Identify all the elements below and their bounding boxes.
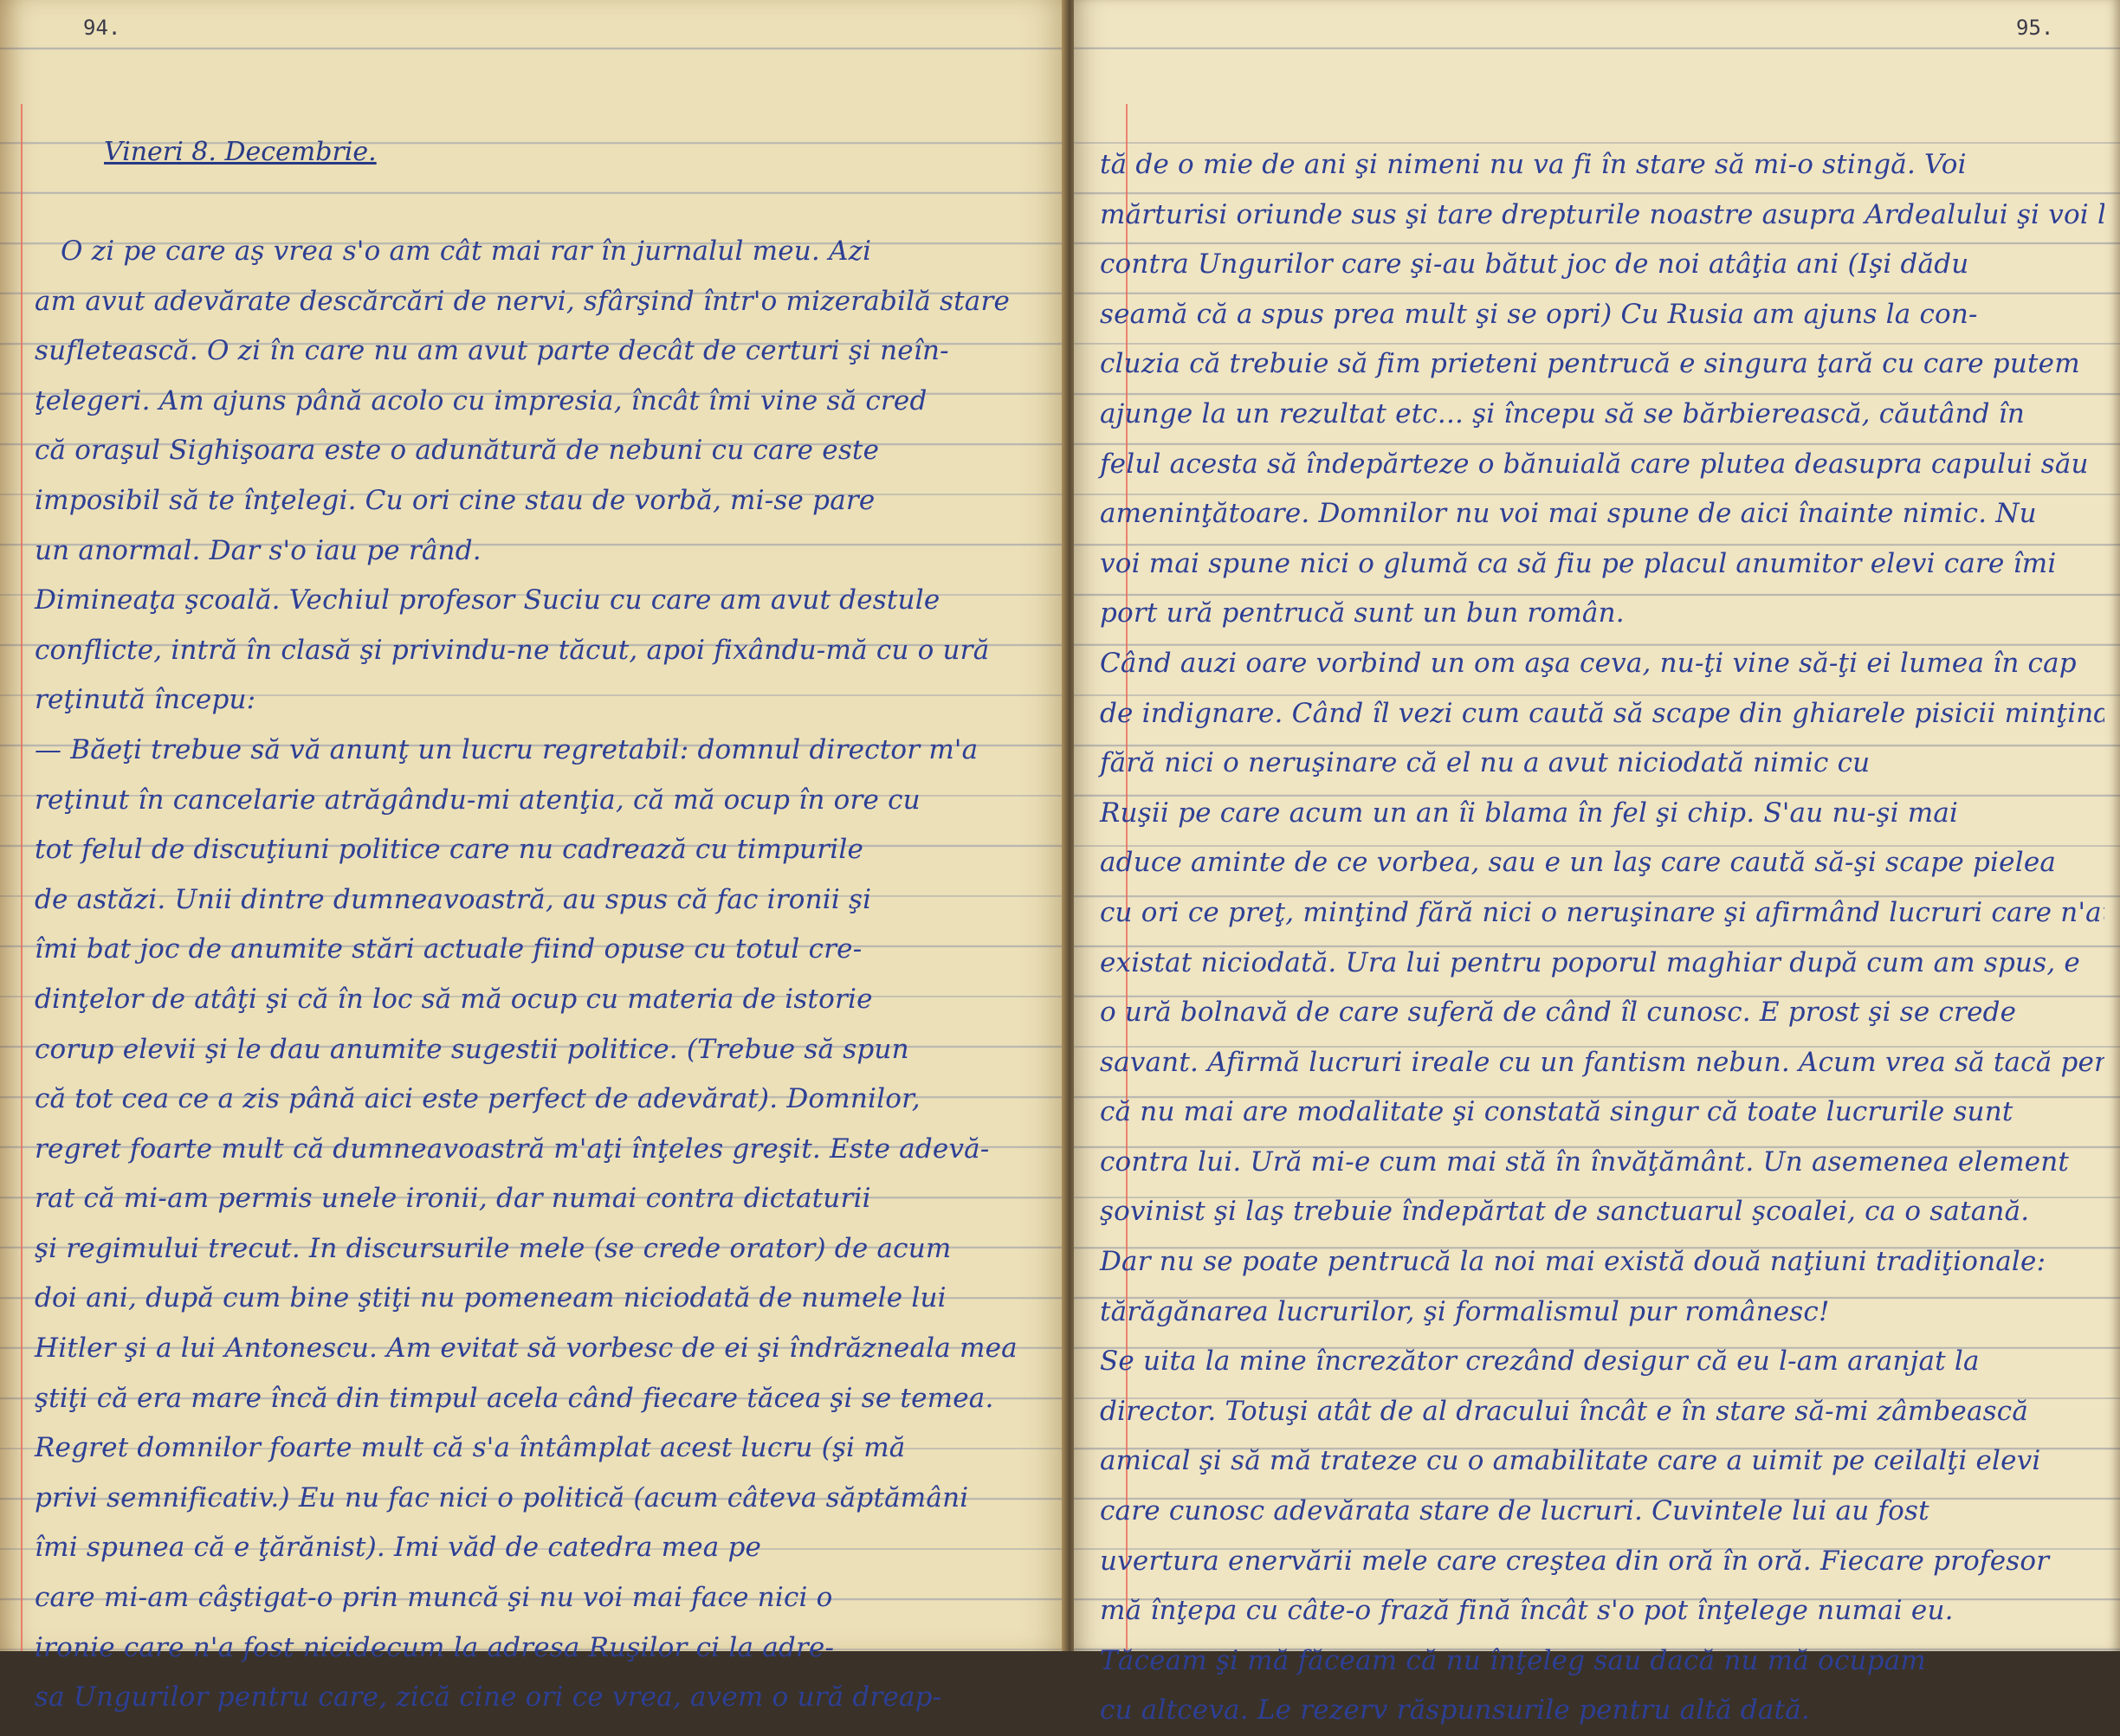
text-line: Se uita la mine încrezător crezând desig… [1074,1337,2104,1387]
text-line: cu ori ce preţ, minţind fără nici o neru… [1074,888,2104,939]
text-line: sufletească. O zi în care nu am avut par… [0,326,1031,377]
text-line: conflicte, intră în clasă şi privindu-ne… [0,626,1031,676]
text-line: dinţelor de atâţi şi că în loc să mă ocu… [0,975,1031,1025]
notebook-spread: 94. Vineri 8. Decembrie. O zi pe care aş… [0,0,2120,1651]
text-line: un anormal. Dar s'o iau pe rând. [0,526,1031,577]
text-line: port ură pentrucă sunt un bun român. [1074,589,2104,639]
text-line: O zi pe care aş vrea s'o am cât mai rar … [0,227,1057,277]
text-line: rat că mi-am permis unele ironii, dar nu… [0,1174,1031,1224]
text-line: savant. Afirmă lucruri ireale cu un fant… [1074,1038,2104,1088]
text-line: mă înţepa cu câte-o frază fină încât s'o… [1074,1586,2104,1636]
right-page-text: tă de o mie de ani şi nimeni nu va fi în… [1074,140,2120,1651]
text-line: privi semnificativ.) Eu nu fac nici o po… [0,1474,1031,1524]
text-line: că nu mai are modalitate şi constată sin… [1074,1087,2104,1138]
text-line: mărturisi oriunde sus şi tare drepturile… [1074,190,2104,241]
text-line: Dar nu se poate pentrucă la noi mai exis… [1074,1237,2104,1287]
text-line: şovinist şi laş trebuie îndepărtat de sa… [1074,1187,2104,1237]
text-line: ironie care n'a fost nicidecum la adresa… [0,1623,1031,1651]
text-line: că oraşul Sighişoara este o adunătură de… [0,426,1031,476]
text-line: şi regimului trecut. In discursurile mel… [0,1224,1031,1275]
text-line: imposibil să te înţelegi. Cu ori cine st… [0,476,1031,526]
text-line: director. Totuşi atât de al dracului înc… [1074,1387,2104,1437]
text-line: regret foarte mult că dumneavoastră m'aţ… [0,1125,1031,1175]
text-line: o ură bolnavă de care suferă de când îl … [1074,988,2104,1038]
text-line: felul acesta să îndepărteze o bănuială c… [1074,440,2104,490]
right-page: 95. tă de o mie de ani şi nimeni nu va f… [1074,0,2120,1651]
text-line: corup elevii şi le dau anumite sugestii … [0,1025,1031,1075]
text-line: reţinut în cancelarie atrăgându-mi atenţ… [0,776,1031,826]
text-line: îmi spunea că e ţărănist). Imi văd de ca… [0,1523,1031,1573]
text-line: contra Ungurilor care şi-au bătut joc de… [1074,240,2104,290]
text-line: Ruşii pe care acum un an îi blama în fel… [1074,789,2104,839]
text-line: tă de o mie de ani şi nimeni nu va fi în… [1074,140,2104,190]
text-line: de astăzi. Unii dintre dumneavoastră, au… [0,875,1031,926]
text-line: existat niciodată. Ura lui pentru poporu… [1074,939,2104,989]
entry-date-heading: Vineri 8. Decembrie. [104,137,377,167]
text-line: doi ani, după cum bine ştiţi nu pomeneam… [0,1274,1031,1324]
text-line: Când auzi oare vorbind un om aşa ceva, n… [1074,639,2104,689]
left-page: 94. Vineri 8. Decembrie. O zi pe care aş… [0,0,1067,1651]
text-line: Regret domnilor foarte mult că s'a întâm… [0,1423,1031,1474]
text-line: Hitler şi a lui Antonescu. Am evitat să … [0,1324,1031,1374]
text-line: Dimineaţa şcoală. Vechiul profesor Suciu… [0,576,1031,626]
text-line: aduce aminte de ce vorbea, sau e un laş … [1074,838,2104,888]
text-line: contra lui. Ură mi-e cum mai stă în învă… [1074,1138,2104,1188]
text-line: ştiţi că era mare încă din timpul acela … [0,1374,1031,1424]
text-line: ameninţătoare. Domnilor nu voi mai spune… [1074,489,2104,539]
text-line: voi mai spune nici o glumă ca să fiu pe … [1074,539,2104,590]
text-line: Tăceam şi mă făceam că nu înţeleg sau da… [1074,1636,2104,1651]
text-line: amical şi să mă trateze cu o amabilitate… [1074,1436,2104,1487]
text-line: ajunge la un rezultat etc... şi începu s… [1074,390,2104,440]
text-line: care cunosc adevărata stare de lucruri. … [1074,1487,2104,1537]
text-line: de indignare. Când îl vezi cum caută să … [1074,689,2104,739]
page-number: 94. [83,16,120,40]
page-number: 95. [2016,16,2053,40]
text-line: am avut adevărate descărcări de nervi, s… [0,277,1031,327]
text-line: că tot cea ce a zis până aici este perfe… [0,1075,1031,1125]
left-page-text: O zi pe care aş vrea s'o am cât mai rar … [0,227,1067,1651]
text-line: fără nici o neruşinare că el nu a avut n… [1074,739,2104,789]
text-line: îmi bat joc de anumite stări actuale fii… [0,925,1031,975]
text-line: seamă că a spus prea mult şi se opri) Cu… [1074,290,2104,340]
text-line: — Băeţi trebue să vă anunţ un lucru regr… [0,726,1031,776]
text-line: reţinută începu: [0,675,1031,726]
text-line: ţelegeri. Am ajuns până acolo cu impresi… [0,377,1031,427]
text-line: uvertura enervării mele care creştea din… [1074,1537,2104,1587]
text-line: cluzia că trebuie să fim prieteni pentru… [1074,339,2104,390]
text-line: care mi-am câştigat-o prin muncă şi nu v… [0,1573,1031,1623]
text-line: tărăgănarea lucrurilor, şi formalismul p… [1074,1287,2104,1338]
text-line: tot felul de discuţiuni politice care nu… [0,825,1031,875]
